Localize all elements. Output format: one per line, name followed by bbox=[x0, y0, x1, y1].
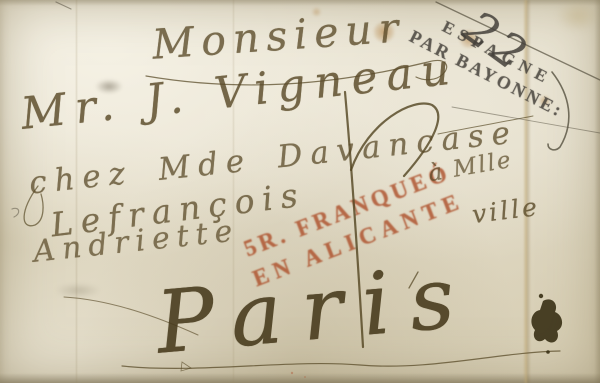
paper-edge-shadow-right bbox=[594, 0, 600, 383]
aged-paper bbox=[0, 0, 600, 383]
paper-edge-shadow-bottom bbox=[0, 373, 600, 383]
paper-edge-shadow-top bbox=[0, 0, 600, 6]
letter-cover: ESPAGNE PAR BAYONNE: 5R. FRANQUEÓ EN ALI… bbox=[0, 0, 600, 383]
